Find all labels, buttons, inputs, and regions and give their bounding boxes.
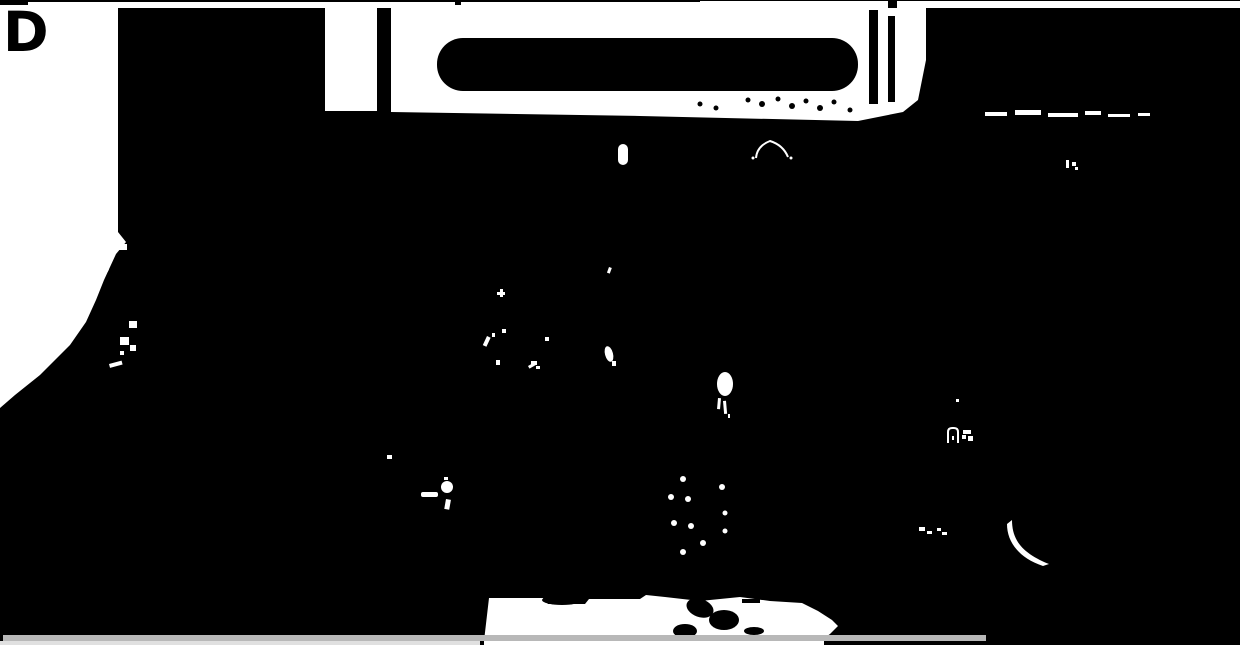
top-edge-strip bbox=[28, 1, 1240, 8]
window-pillar bbox=[325, 7, 377, 111]
cabinet-panel bbox=[391, 8, 926, 121]
photo-canvas: D bbox=[0, 0, 1240, 645]
panel-handle-slot bbox=[437, 38, 858, 91]
figure-label: D bbox=[3, 0, 49, 64]
binarized-photo: D bbox=[0, 0, 1240, 645]
pill-highlight bbox=[618, 144, 628, 165]
